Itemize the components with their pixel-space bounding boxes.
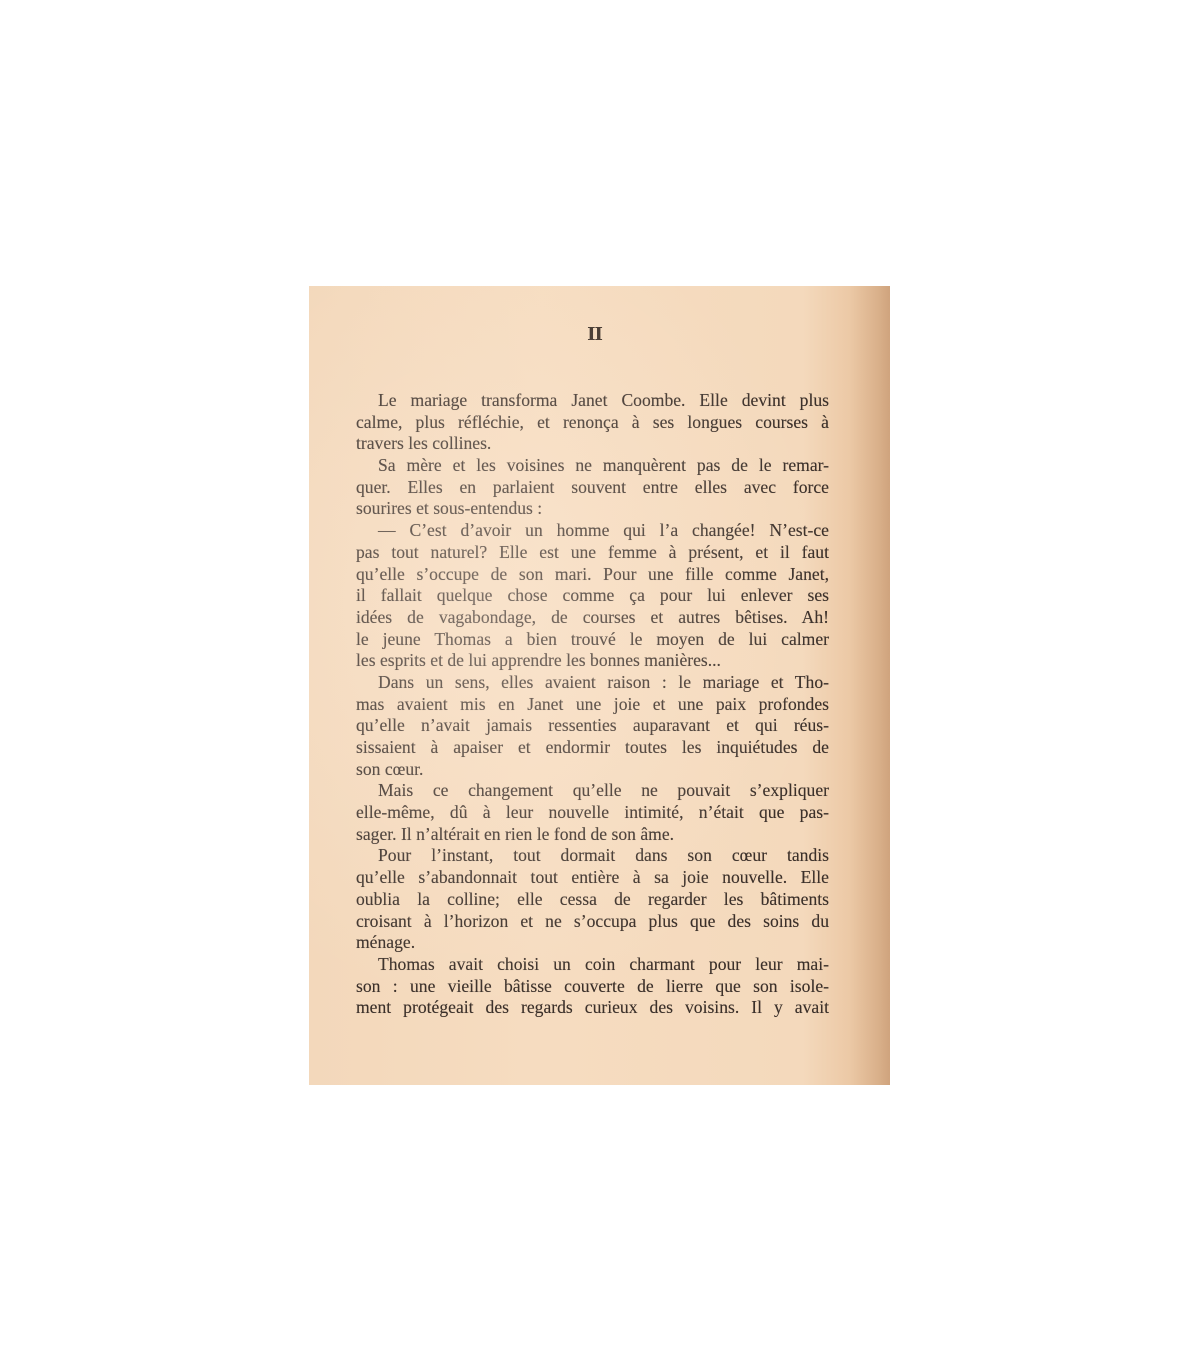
text-line: ménage. [356,932,829,954]
text-line: pas tout naturel? Elle est une femme à p… [356,542,829,564]
text-line: Thomas avait choisi un coin charmant pou… [356,954,829,976]
text-line: oublia la colline; elle cessa de regarde… [356,889,829,911]
text-line: qu’elle s’abandonnait tout entière à sa … [356,867,829,889]
text-line: il fallait quelque chose comme ça pour l… [356,585,829,607]
text-line: qu’elle n’avait jamais ressenties aupara… [356,715,829,737]
text-line: sourires et sous-entendus : [356,498,829,520]
paragraph: Sa mère et les voisines ne manquèrent pa… [356,455,829,520]
text-line: calme, plus réfléchie, et renonça à ses … [356,412,829,434]
chapter-number: II [309,324,880,345]
paragraph: Thomas avait choisi un coin charmant pou… [356,954,829,1019]
text-line: idées de vagabondage, de courses et autr… [356,607,829,629]
text-line: Le mariage transforma Janet Coombe. Elle… [356,390,829,412]
text-line: elle-même, dû à leur nouvelle intimité, … [356,802,829,824]
text-line: mas avaient mis en Janet une joie et une… [356,694,829,716]
page-body: Le mariage transforma Janet Coombe. Elle… [356,390,829,1019]
paragraph: Dans un sens, elles avaient raison : le … [356,672,829,780]
text-line: quer. Elles en parlaient souvent entre e… [356,477,829,499]
paragraph: Mais ce changement qu’elle ne pouvait s’… [356,780,829,845]
text-line: croisant à l’horizon et ne s’occupa plus… [356,911,829,933]
paragraph: Pour l’instant, tout dormait dans son cœ… [356,845,829,953]
text-line: Mais ce changement qu’elle ne pouvait s’… [356,780,829,802]
book-page: II Le mariage transforma Janet Coombe. E… [309,286,890,1085]
text-line: Pour l’instant, tout dormait dans son cœ… [356,845,829,867]
paragraph: Le mariage transforma Janet Coombe. Elle… [356,390,829,455]
text-line: sager. Il n’altérait en rien le fond de … [356,824,829,846]
text-line: ment protégeait des regards curieux des … [356,997,829,1019]
paragraph: — C’est d’avoir un homme qui l’a changée… [356,520,829,672]
text-line: qu’elle s’occupe de son mari. Pour une f… [356,564,829,586]
text-line: — C’est d’avoir un homme qui l’a changée… [356,520,829,542]
text-line: son cœur. [356,759,829,781]
text-line: le jeune Thomas a bien trouvé le moyen d… [356,629,829,651]
text-line: Sa mère et les voisines ne manquèrent pa… [356,455,829,477]
text-line: sissaient à apaiser et endormir toutes l… [356,737,829,759]
text-line: son : une vieille bâtisse couverte de li… [356,976,829,998]
text-line: Dans un sens, elles avaient raison : le … [356,672,829,694]
text-line: travers les collines. [356,433,829,455]
text-line: les esprits et de lui apprendre les bonn… [356,650,829,672]
